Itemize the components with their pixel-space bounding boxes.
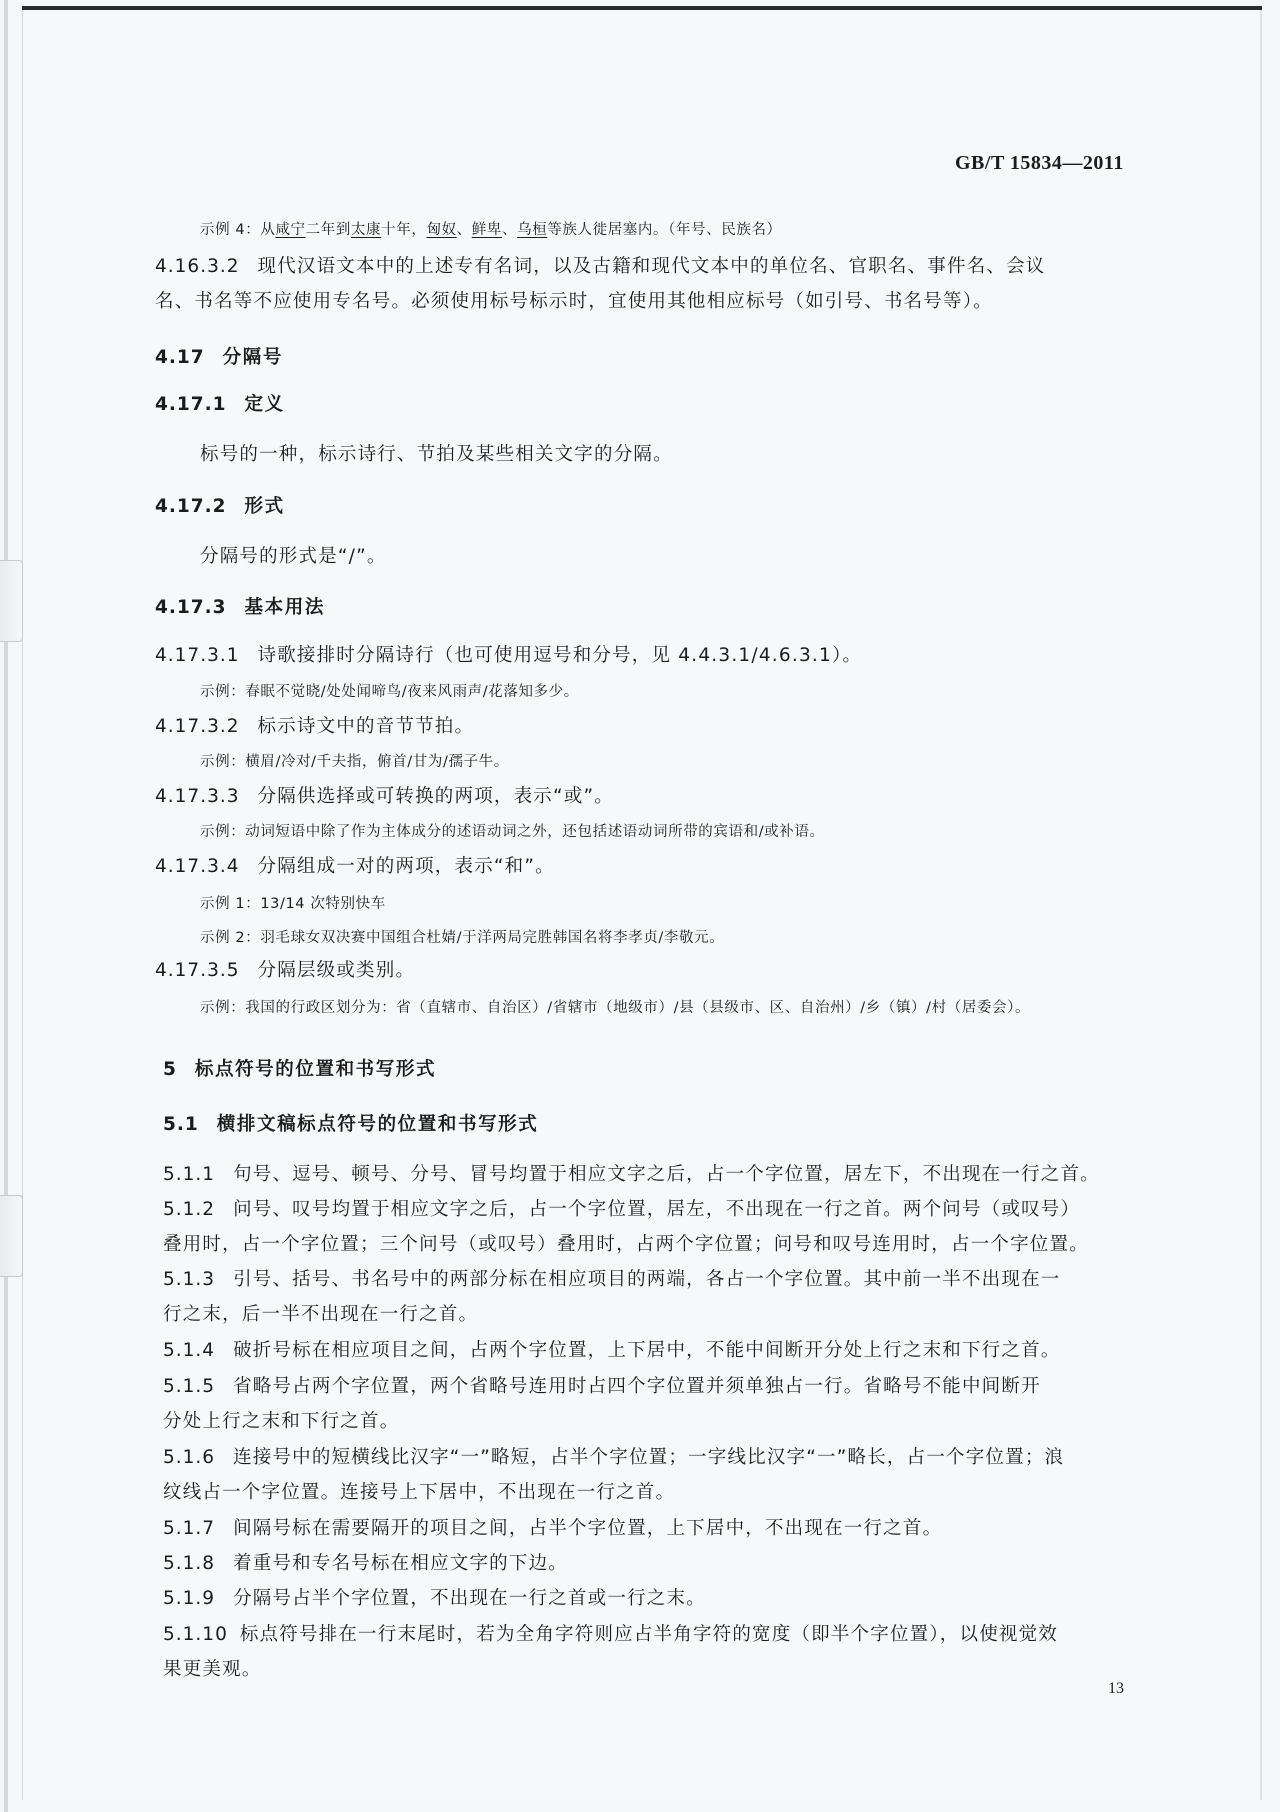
- clause-4-17-3-5: 4.17.3.5分隔层级或类别。: [155, 956, 415, 982]
- clause-5-1-4: 5.1.4破折号标在相应项目之间，占两个字位置，上下居中，不能中间断开分处上行之…: [163, 1336, 1060, 1362]
- example-1: 示例 1：13/14 次特别快车: [200, 892, 386, 913]
- clause-5-1-10: 5.1.10标点符号排在一行末尾时，若为全角字符则应占半角字符的宽度（即半个字位…: [163, 1620, 1058, 1646]
- clause-5-1-7: 5.1.7间隔号标在需要隔开的项目之间，占半个字位置，上下居中，不出现在一行之首…: [163, 1514, 942, 1540]
- proper-noun: 咸宁: [275, 222, 305, 238]
- clause-5-1-5: 5.1.5省略号占两个字位置，两个省略号连用时占四个字位置并须单独占一行。省略号…: [163, 1372, 1041, 1398]
- page-number: 13: [1108, 1680, 1124, 1698]
- clause-4-17-3-3: 4.17.3.3分隔供选择或可转换的两项，表示“或”。: [155, 782, 614, 808]
- clause-5-1-2-cont: 叠用时，占一个字位置；三个问号（或叹号）叠用时，占两个字位置；问号和叹号连用时，…: [163, 1230, 1089, 1256]
- section-heading-5-1: 5.1横排文稿标点符号的位置和书写形式: [163, 1110, 538, 1136]
- clause-5-1-3-cont: 行之末，后一半不出现在一行之首。: [163, 1300, 478, 1326]
- section-heading-4-17-2: 4.17.2形式: [155, 492, 285, 518]
- clause-4-17-3-1: 4.17.3.1诗歌接排时分隔诗行（也可使用逗号和分号，见 4.4.3.1/4.…: [155, 641, 862, 667]
- clause-5-1-9: 5.1.9分隔号占半个字位置，不出现在一行之首或一行之末。: [163, 1584, 706, 1610]
- chapter-heading-5: 5标点符号的位置和书写形式: [163, 1055, 436, 1081]
- clause-5-1-8: 5.1.8着重号和专名号标在相应文字的下边。: [163, 1549, 568, 1575]
- clause-5-1-6-cont: 纹线占一个字位置。连接号上下居中，不出现在一行之首。: [163, 1478, 675, 1504]
- clause-4-16-3-2-cont: 名、书名等不应使用专名号。必须使用标号标示时，宜使用其他相应标号（如引号、书名号…: [155, 287, 993, 313]
- example-4: 示例 4：从咸宁二年到太康十年，匈奴、鲜卑、乌桓等族人徙居塞内。（年号、民族名）: [200, 218, 782, 239]
- section-heading-4-17-3: 4.17.3基本用法: [155, 593, 325, 619]
- clause-4-17-3-2: 4.17.3.2标示诗文中的音节节拍。: [155, 712, 474, 738]
- section-heading-4-17-1: 4.17.1定义: [155, 390, 285, 416]
- clause-5-1-1: 5.1.1句号、逗号、顿号、分号、冒号均置于相应文字之后，占一个字位置，居左下，…: [163, 1160, 1100, 1186]
- clause-4-16-3-2: 4.16.3.2现代汉语文本中的上述专有名词，以及古籍和现代文本中的单位名、官职…: [155, 252, 1046, 278]
- standard-code: GB/T 15834—2011: [955, 152, 1124, 175]
- example: 示例：横眉/冷对/千夫指，俯首/甘为/孺子牛。: [200, 750, 509, 771]
- example: 示例：我国的行政区划分为：省（直辖市、自治区）/省辖市（地级市）/县（县级市、区…: [200, 996, 1030, 1017]
- form-text: 分隔号的形式是“/”。: [200, 542, 387, 568]
- proper-noun: 匈奴: [426, 222, 456, 238]
- clause-5-1-3: 5.1.3引号、括号、书名号中的两部分标在相应项目的两端，各占一个字位置。其中前…: [163, 1265, 1060, 1291]
- clause-5-1-2: 5.1.2问号、叹号均置于相应文字之后，占一个字位置，居左，不出现在一行之首。两…: [163, 1195, 1080, 1221]
- proper-noun: 鲜卑: [472, 222, 502, 238]
- clause-5-1-5-cont: 分处上行之末和下行之首。: [163, 1407, 399, 1433]
- binding-clip: [0, 560, 23, 642]
- binding-clip: [0, 1195, 23, 1277]
- clause-5-1-10-cont: 果更美观。: [163, 1655, 262, 1681]
- binding-edge: [4, 0, 8, 1812]
- proper-noun: 乌桓: [517, 222, 547, 238]
- proper-noun: 太康: [351, 222, 381, 238]
- definition-text: 标号的一种，标示诗行、节拍及某些相关文字的分隔。: [200, 440, 673, 466]
- clause-4-17-3-4: 4.17.3.4分隔组成一对的两项，表示“和”。: [155, 852, 555, 878]
- example: 示例：春眠不觉晓/处处闻啼鸟/夜来风雨声/花落知多少。: [200, 680, 579, 701]
- example: 示例：动词短语中除了作为主体成分的述语动词之外，还包括述语动词所带的宾语和/或补…: [200, 820, 825, 841]
- section-heading-4-17: 4.17分隔号: [155, 343, 283, 369]
- clause-5-1-6: 5.1.6连接号中的短横线比汉字“一”略短，占半个字位置；一字线比汉字“一”略长…: [163, 1443, 1064, 1469]
- example-2: 示例 2：羽毛球女双决赛中国组合杜婧/于洋两局完胜韩国名将李孝贞/李敬元。: [200, 926, 724, 947]
